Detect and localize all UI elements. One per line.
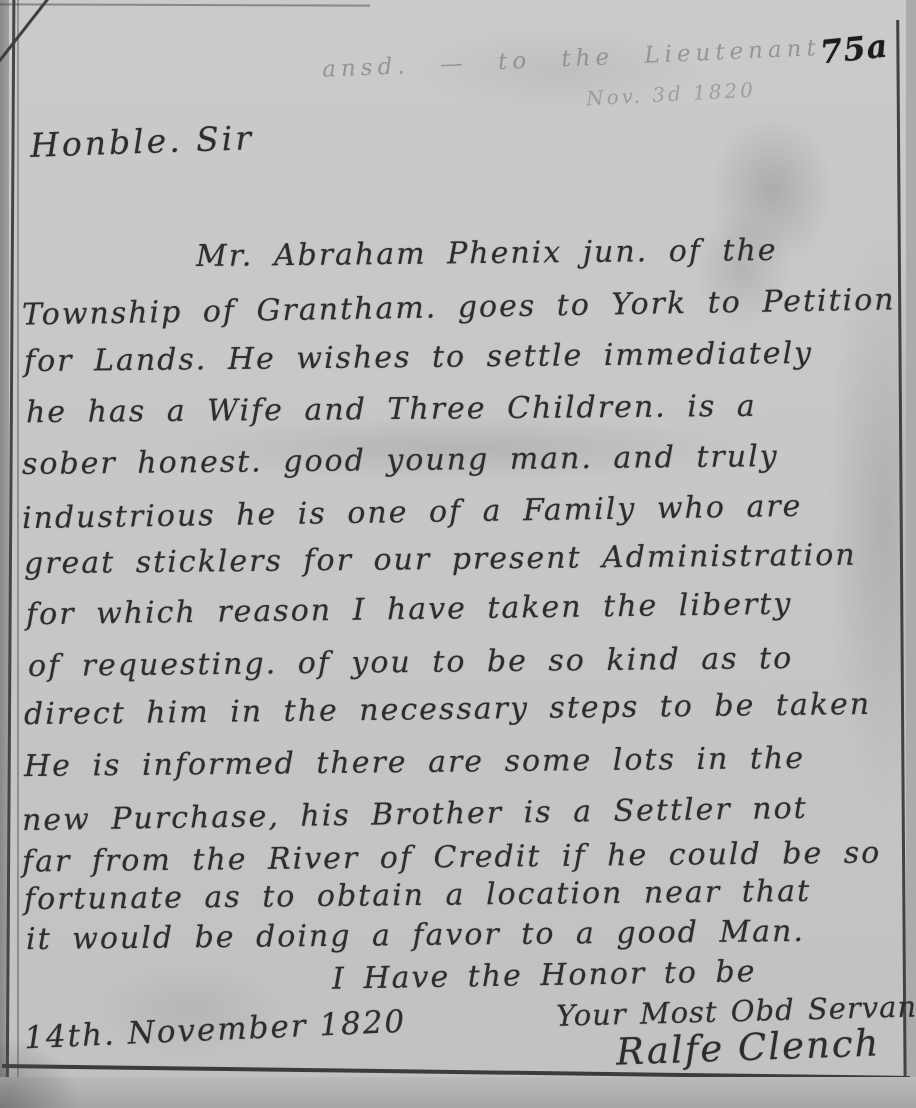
scan-margin-right bbox=[906, 0, 916, 1108]
letter-line: he has a Wife and Three Children. is a bbox=[26, 389, 757, 430]
closing-line1: I Have the Honor to be bbox=[332, 954, 757, 996]
page-fold-left bbox=[17, 0, 19, 1108]
salutation: Honble. Sir bbox=[29, 118, 254, 165]
next-page-strip bbox=[0, 1077, 916, 1108]
letter-scan: ansd. — to the Lieutenant Nov. 3d 1820 7… bbox=[0, 0, 916, 1108]
page-number: 75a bbox=[818, 27, 890, 72]
letter-line: Mr. Abraham Phenix jun. of the bbox=[196, 233, 778, 274]
